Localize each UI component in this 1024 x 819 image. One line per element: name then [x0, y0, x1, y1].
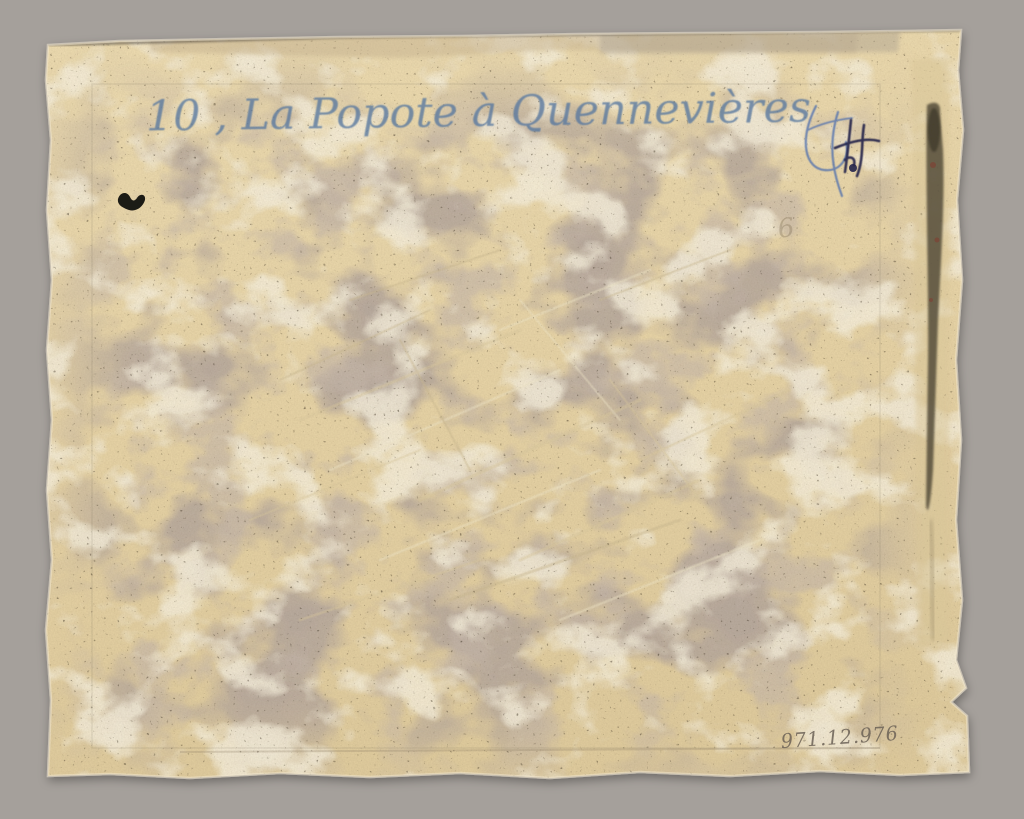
right-edge-stain — [912, 56, 950, 650]
photograph: 10 , La Popote à Quennevières 6 971.12.9… — [0, 0, 1024, 819]
paper-sheet: 10 , La Popote à Quennevières 6 971.12.9… — [40, 25, 975, 785]
paper-texture: 10 , La Popote à Quennevières 6 971.12.9… — [40, 25, 975, 785]
title-inscription: 10 , La Popote à Quennevières — [146, 82, 812, 140]
photo-canvas: 10 , La Popote à Quennevières 6 971.12.9… — [0, 0, 1024, 819]
